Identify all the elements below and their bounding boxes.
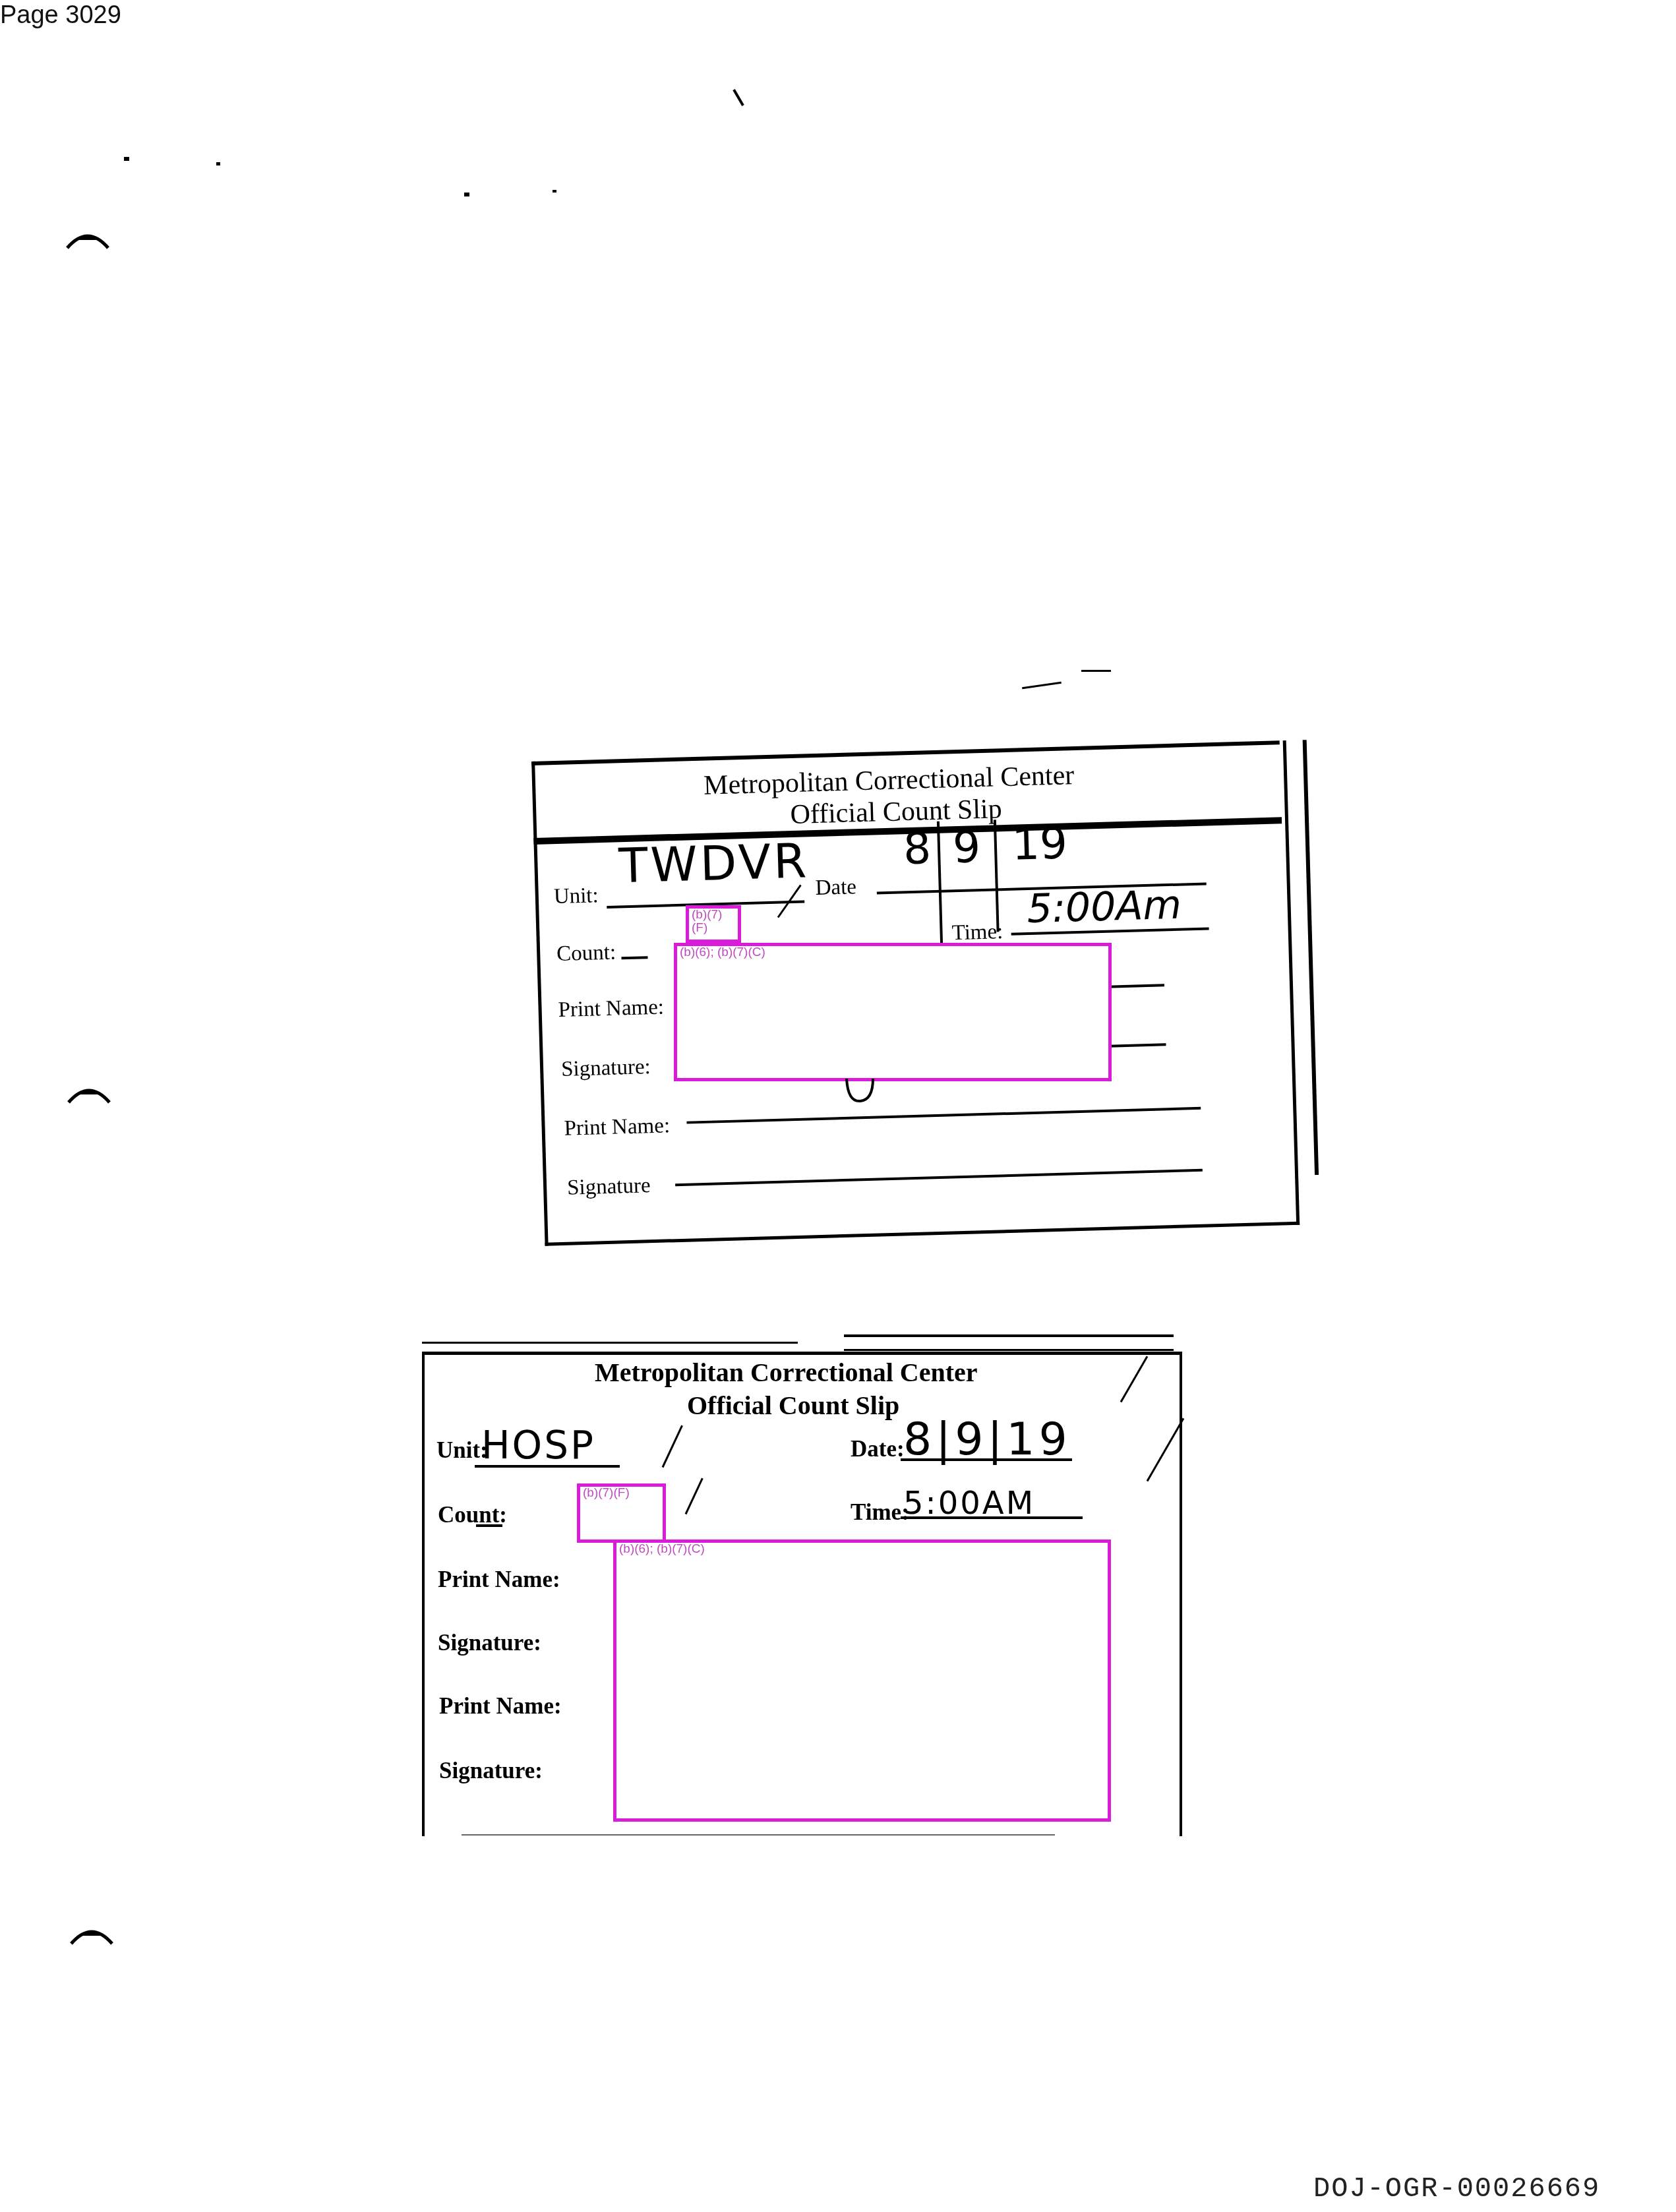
slip-back-edge xyxy=(1303,740,1319,1175)
scan-speck xyxy=(1081,670,1111,672)
scan-edge-line xyxy=(844,1334,1174,1337)
unit-value: TWDVR xyxy=(618,833,810,893)
count-label: Count: xyxy=(556,941,616,967)
print-name-label-2: Print Name: xyxy=(564,1114,670,1141)
print-name-label-1: Print Name: xyxy=(438,1567,560,1593)
redaction-box-count-1: (b)(7)(F) xyxy=(686,905,741,943)
print-name-label-2: Print Name: xyxy=(439,1693,562,1719)
redaction-code: (b)(6); (b)(7)(C) xyxy=(619,1543,705,1556)
page-label: Page 3029 xyxy=(0,1,121,30)
unit-label: Unit: xyxy=(553,883,599,909)
date-label: Date: xyxy=(851,1436,905,1462)
signature-fragment xyxy=(844,1079,877,1105)
signature-label-1: Signature: xyxy=(561,1055,651,1082)
scan-speck xyxy=(216,162,220,165)
scan-speck xyxy=(733,89,744,106)
scan-edge-line xyxy=(422,1342,798,1344)
punch-hole-mark-icon xyxy=(65,227,111,249)
count-line xyxy=(476,1524,502,1527)
signature-label-2: Signature xyxy=(567,1174,651,1201)
signature-label-1: Signature: xyxy=(438,1630,541,1656)
date-label: Date xyxy=(815,875,856,901)
date-year-value: 19 xyxy=(1011,818,1068,870)
redaction-box-names-2: (b)(6); (b)(7)(C) xyxy=(613,1539,1111,1822)
signature-label-2: Signature: xyxy=(439,1758,543,1784)
scan-edge-line xyxy=(844,1349,1174,1351)
bates-number: DOJ-OGR-00026669 xyxy=(1313,2173,1600,2205)
scan-speck xyxy=(464,193,469,196)
date-day-value: 9 xyxy=(952,822,981,873)
time-value: 5:00Am xyxy=(1027,882,1182,933)
scan-speck xyxy=(553,190,556,193)
unit-value: HOSP xyxy=(481,1423,595,1468)
redaction-box-count-2: (b)(7)(F) xyxy=(577,1483,666,1543)
time-value: 5:00AM xyxy=(903,1485,1035,1522)
scan-speck xyxy=(1022,682,1062,689)
punch-hole-mark-icon xyxy=(69,1923,115,1945)
print-name-label-1: Print Name: xyxy=(558,996,664,1023)
redaction-code: (b)(7)(F) xyxy=(692,909,738,935)
redaction-code: (b)(6); (b)(7)(C) xyxy=(680,946,765,959)
punch-hole-mark-icon xyxy=(66,1081,112,1104)
date-month-value: 8 xyxy=(903,823,932,874)
date-value: 8|9|19 xyxy=(903,1414,1071,1466)
redaction-code: (b)(7)(F) xyxy=(583,1487,630,1500)
scan-speck xyxy=(124,157,129,161)
slip-title: Metropolitan Correctional Center xyxy=(595,1357,978,1388)
scan-edge-line xyxy=(462,1834,1055,1836)
time-label: Time: xyxy=(951,920,1003,945)
redaction-box-names-1: (b)(6); (b)(7)(C) xyxy=(674,943,1112,1081)
time-label: Time: xyxy=(851,1499,909,1526)
unit-label: Unit: xyxy=(436,1437,488,1464)
slip-subtitle: Official Count Slip xyxy=(687,1390,899,1421)
